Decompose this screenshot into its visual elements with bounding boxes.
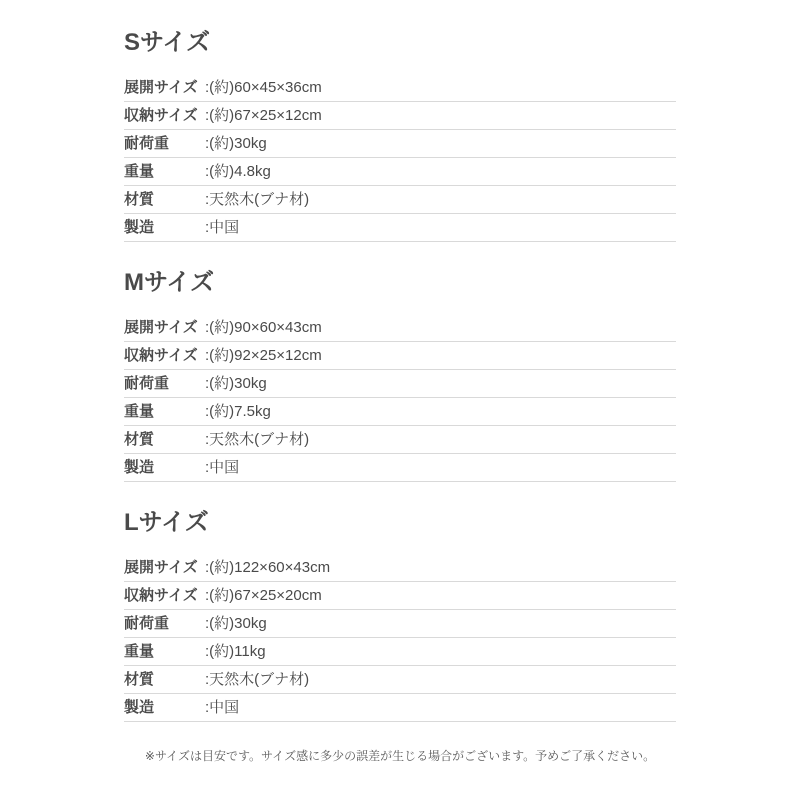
size-section-title: Sサイズ: [124, 28, 676, 58]
spec-label: 展開サイズ: [124, 560, 205, 575]
spec-row: 耐荷重 :(約)30kg: [124, 130, 676, 158]
spec-label: 展開サイズ: [124, 80, 205, 95]
spec-label: 耐荷重: [124, 616, 205, 631]
spec-value: :(約)60×45×36cm: [205, 80, 322, 95]
spec-row: 収納サイズ :(約)67×25×20cm: [124, 582, 676, 610]
spec-label: 重量: [124, 164, 205, 179]
spec-value: :(約)30kg: [205, 616, 267, 631]
spec-label: 重量: [124, 644, 205, 659]
spec-label: 材質: [124, 192, 205, 207]
spec-label: 材質: [124, 432, 205, 447]
size-spec-page: Sサイズ 展開サイズ :(約)60×45×36cm 収納サイズ :(約)67×2…: [124, 0, 676, 764]
spec-value: :天然木(ブナ材): [205, 672, 309, 687]
spec-row: 展開サイズ :(約)90×60×43cm: [124, 314, 676, 342]
size-disclaimer-note: ※サイズは目安です。サイズ感に多少の誤差が生じる場合がございます。予めご了承くだ…: [124, 748, 676, 764]
spec-value: :(約)30kg: [205, 376, 267, 391]
spec-row: 材質 :天然木(ブナ材): [124, 426, 676, 454]
spec-row: 収納サイズ :(約)92×25×12cm: [124, 342, 676, 370]
spec-table: 展開サイズ :(約)90×60×43cm 収納サイズ :(約)92×25×12c…: [124, 314, 676, 482]
spec-value: :(約)90×60×43cm: [205, 320, 322, 335]
spec-value: :(約)7.5kg: [205, 404, 271, 419]
spec-row: 収納サイズ :(約)67×25×12cm: [124, 102, 676, 130]
spec-row: 耐荷重 :(約)30kg: [124, 610, 676, 638]
spec-table: 展開サイズ :(約)122×60×43cm 収納サイズ :(約)67×25×20…: [124, 554, 676, 722]
spec-row: 製造 :中国: [124, 214, 676, 242]
spec-label: 展開サイズ: [124, 320, 205, 335]
spec-label: 材質: [124, 672, 205, 687]
spec-label: 製造: [124, 700, 205, 715]
spec-label: 耐荷重: [124, 376, 205, 391]
size-sections-container: Sサイズ 展開サイズ :(約)60×45×36cm 収納サイズ :(約)67×2…: [124, 28, 676, 722]
spec-row: 重量 :(約)11kg: [124, 638, 676, 666]
spec-value: :(約)30kg: [205, 136, 267, 151]
spec-row: 耐荷重 :(約)30kg: [124, 370, 676, 398]
spec-label: 製造: [124, 220, 205, 235]
spec-value: :中国: [205, 460, 239, 475]
spec-value: :中国: [205, 700, 239, 715]
spec-value: :(約)67×25×12cm: [205, 108, 322, 123]
spec-row: 製造 :中国: [124, 694, 676, 722]
spec-label: 重量: [124, 404, 205, 419]
spec-label: 収納サイズ: [124, 348, 205, 363]
spec-label: 収納サイズ: [124, 108, 205, 123]
spec-value: :(約)67×25×20cm: [205, 588, 322, 603]
spec-value: :天然木(ブナ材): [205, 432, 309, 447]
spec-table: 展開サイズ :(約)60×45×36cm 収納サイズ :(約)67×25×12c…: [124, 74, 676, 242]
spec-label: 製造: [124, 460, 205, 475]
spec-row: 製造 :中国: [124, 454, 676, 482]
spec-value: :中国: [205, 220, 239, 235]
spec-value: :天然木(ブナ材): [205, 192, 309, 207]
size-section-title: Mサイズ: [124, 268, 676, 298]
spec-row: 展開サイズ :(約)122×60×43cm: [124, 554, 676, 582]
size-section: Mサイズ 展開サイズ :(約)90×60×43cm 収納サイズ :(約)92×2…: [124, 268, 676, 482]
spec-value: :(約)4.8kg: [205, 164, 271, 179]
spec-value: :(約)11kg: [205, 644, 266, 659]
size-section-title: Lサイズ: [124, 508, 676, 538]
spec-label: 耐荷重: [124, 136, 205, 151]
spec-label: 収納サイズ: [124, 588, 205, 603]
spec-row: 重量 :(約)4.8kg: [124, 158, 676, 186]
spec-row: 重量 :(約)7.5kg: [124, 398, 676, 426]
size-section: Sサイズ 展開サイズ :(約)60×45×36cm 収納サイズ :(約)67×2…: [124, 28, 676, 242]
spec-row: 材質 :天然木(ブナ材): [124, 186, 676, 214]
spec-row: 展開サイズ :(約)60×45×36cm: [124, 74, 676, 102]
size-section: Lサイズ 展開サイズ :(約)122×60×43cm 収納サイズ :(約)67×…: [124, 508, 676, 722]
spec-row: 材質 :天然木(ブナ材): [124, 666, 676, 694]
spec-value: :(約)92×25×12cm: [205, 348, 322, 363]
spec-value: :(約)122×60×43cm: [205, 560, 330, 575]
